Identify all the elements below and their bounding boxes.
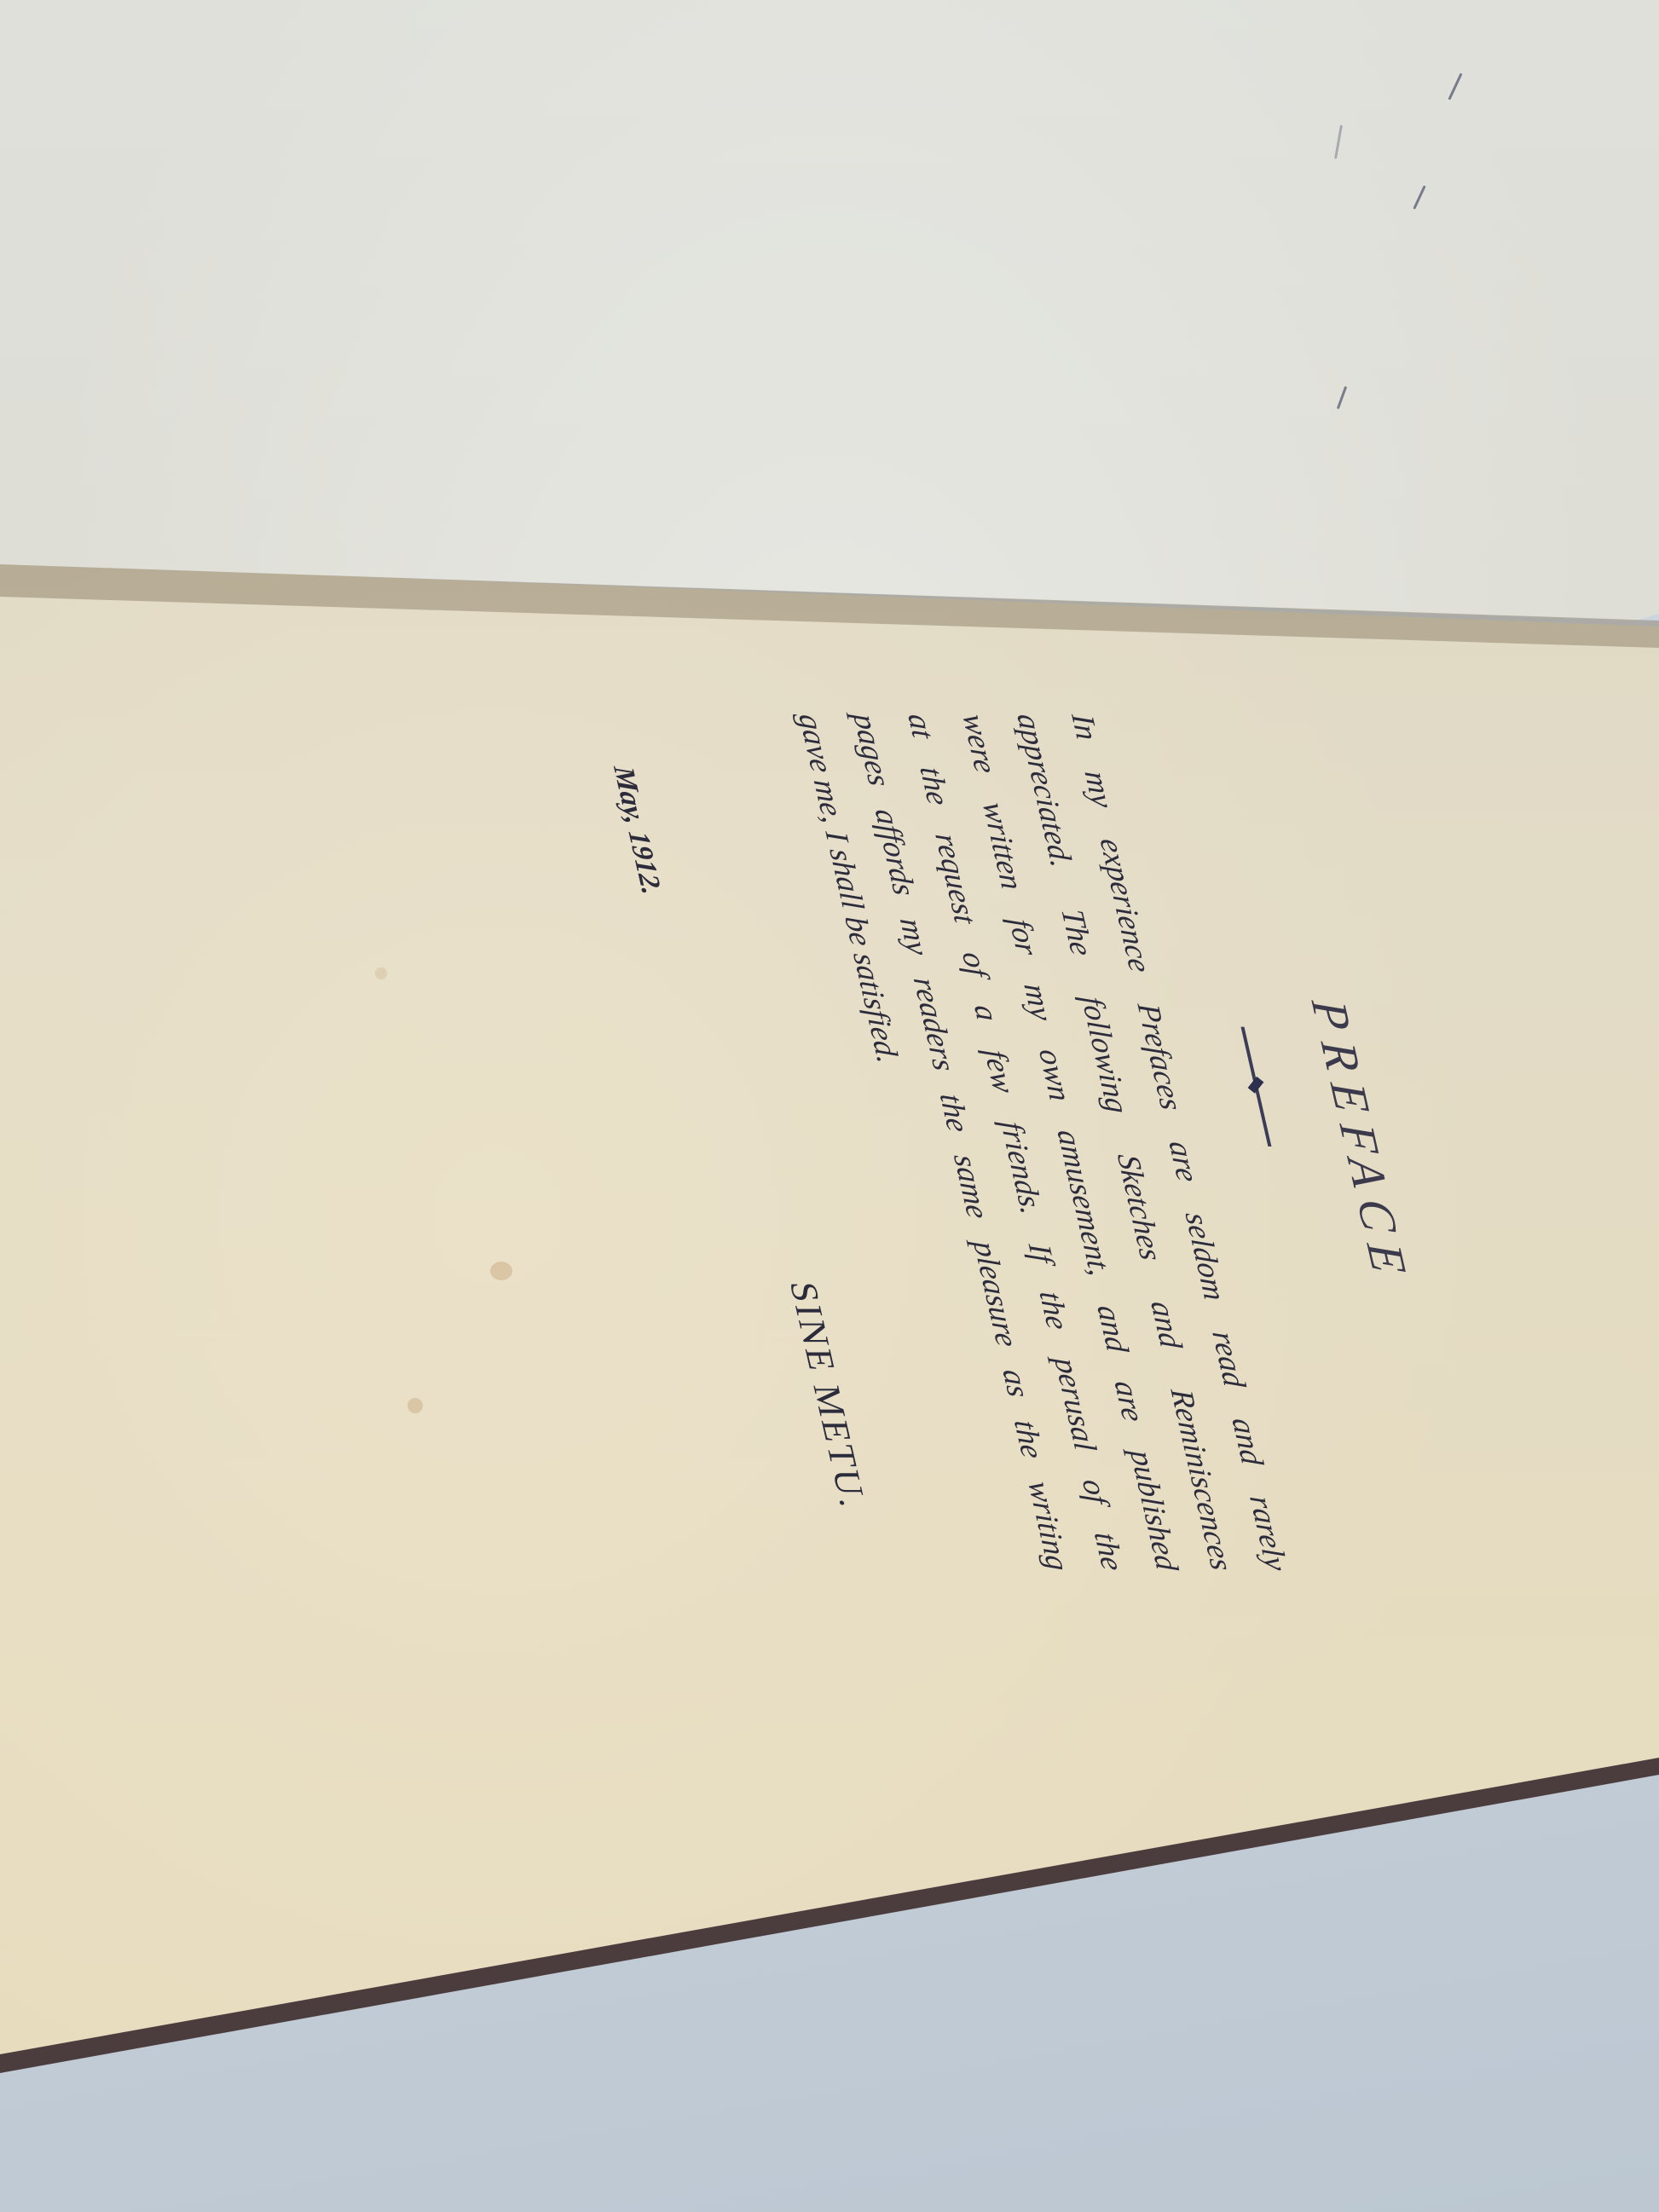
foxing-spot <box>490 1262 512 1280</box>
foxing-spot <box>408 1398 423 1413</box>
foxing-spot <box>375 967 387 979</box>
